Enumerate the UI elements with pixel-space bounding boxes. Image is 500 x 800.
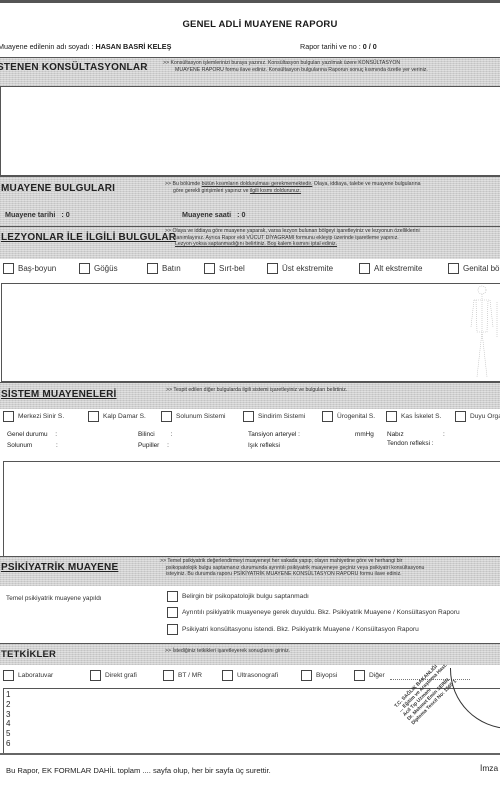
checkbox-icon [147,263,158,274]
tetkik-line-numbers: 1 2 3 4 5 6 [6,690,10,749]
checkbox-icon [90,670,101,681]
document-title: GENEL ADLİ MUAYENE RAPORU [0,19,500,30]
pupiller-label: Pupiller : [138,442,169,449]
exam-time-value: : 0 [237,210,245,219]
top-edge [0,0,500,3]
section-note-sistem: >> Tespit edilen diğer bulgularda ilgili… [166,387,347,394]
checkbox-icon [161,411,172,422]
checkbox-icon [3,670,14,681]
checkbox-merkezi-sinir[interactable]: Merkezi Sinir S. [3,411,64,422]
checkbox-bas-boyun[interactable]: Baş-boyun [3,263,56,274]
report-date-value: 0 / 0 [363,42,377,51]
tansiyon-label: Tansiyon arteryel : [248,431,300,438]
exam-date-field: Muayene tarihi : 0 [5,210,70,219]
checkbox-genital-bolge[interactable]: Genital bölge [448,263,500,274]
checkbox-sirt-bel[interactable]: Sırt-bel [204,263,245,274]
konsultasyon-textarea[interactable] [0,86,500,176]
checkbox-gogus[interactable]: Göğüs [79,263,118,274]
exam-date-value: : 0 [61,210,69,219]
checkbox-biyopsi[interactable]: Biyopsi [301,670,337,681]
checkbox-icon [448,263,459,274]
footer-text: Bu Rapor, EK FORMLAR DAHİL toplam .... s… [6,766,271,775]
patient-name-label: Muayene edilenin adı soyadı : [0,42,94,51]
psikiyatrik-area: Temel psikiyatrik muayene yapıldı Belirg… [0,586,500,643]
checkbox-diger[interactable]: Diğer [354,670,385,681]
section-band-sistem: SİSTEM MUAYENELERİ >> Tespit edilen diğe… [0,382,500,410]
nabiz-label: Nabız [387,431,404,438]
section-note-konsultasyon: >> Konsültasyon işlemlerinizi buraya yaz… [163,60,428,73]
exam-time-field: Muayene saati : 0 [182,210,246,219]
checkbox-psikopatoloji-yok[interactable]: Belirgin bir psikopatolojik bulgu saptan… [167,591,309,602]
checkbox-kas-iskelet[interactable]: Kas İskelet S. [386,411,441,422]
isik-refleksi-label: Işık refleksi [248,442,280,449]
bilinci-label: Bilinci : [138,431,172,438]
checkbox-icon [322,411,333,422]
section-title-konsultasyon: İSTENEN KONSÜLTASYONLAR [0,62,148,73]
checkbox-ultrasonografi[interactable]: Ultrasonografi [222,670,278,681]
temel-psikiyatrik-label: Temel psikiyatrik muayene yapıldı [6,595,102,602]
mmhg-unit: mmHg [355,431,374,438]
checkbox-icon [167,607,178,618]
checkbox-icon [88,411,99,422]
genel-durumu-label: Genel durumu : [7,431,57,438]
footer-rule [0,753,500,755]
checkbox-kalp-damar[interactable]: Kalp Damar S. [88,411,146,422]
section-note-tetkikler: >> İstediğiniz tetkikleri işaretleyerek … [165,648,290,655]
checkbox-ust-ekstremite[interactable]: Üst ekstremite [267,263,333,274]
checkbox-sindirim-sistemi[interactable]: Sindirim Sistemi [243,411,305,422]
checkbox-solunum-sistemi[interactable]: Solunum Sistemi [161,411,225,422]
section-note-psikiyatrik: >> Temel psikiyatrik değerlendirmeyi mua… [160,558,424,578]
nabiz-colon: : [443,431,445,438]
checkbox-icon [455,411,466,422]
section-note-lezyonlar: >> Olaya ve iddiaya göre muayene yaparak… [165,228,420,248]
section-note-muayene-bulgulari: >> Bu bölümde bütün kısımların doldurulm… [165,181,421,194]
checkbox-icon [3,411,14,422]
checkbox-icon [386,411,397,422]
checkbox-icon [359,263,370,274]
section-band-konsultasyon: İSTENEN KONSÜLTASYONLAR >> Konsültasyon … [0,57,500,87]
signature-label: İmza [480,763,498,773]
report-date-label: Rapor tarihi ve no : [300,42,361,51]
section-title-tetkikler: TETKİKLER [1,649,56,660]
checkbox-direkt-grafi[interactable]: Direkt grafi [90,670,137,681]
section-band-muayene-bulgulari: MUAYENE BULGULARI >> Bu bölümde bütün kı… [0,176,500,227]
tendon-refleksi-label: Tendon refleksi : [387,440,434,447]
checkbox-icon [163,670,174,681]
checkbox-icon [79,263,90,274]
checkbox-psikiyatri-konsultasyon[interactable]: Psikiyatri konsültasyonu istendi. Bkz. P… [167,624,419,635]
checkbox-laboratuvar[interactable]: Laboratuvar [3,670,53,681]
section-title-sistem: SİSTEM MUAYENELERİ [1,389,116,400]
section-title-lezyonlar: LEZYONLAR İLE İLGİLİ BULGULAR [1,232,176,243]
patient-name-row: Muayene edilenin adı soyadı : HASAN BASR… [0,42,171,51]
checkbox-icon [243,411,254,422]
checkbox-icon [167,591,178,602]
checkbox-icon [267,263,278,274]
patient-name-value: HASAN BASRİ KELEŞ [96,42,172,51]
section-title-psikiyatrik: PSİKİYATRİK MUAYENE [1,562,118,573]
sistem-textarea[interactable] [3,461,500,558]
body-diagram-icon [470,282,500,382]
checkbox-batin[interactable]: Batın [147,263,181,274]
section-band-tetkikler: TETKİKLER >> İstediğiniz tetkikleri işar… [0,643,500,666]
checkbox-alt-ekstremite[interactable]: Alt ekstremite [359,263,422,274]
checkbox-icon [167,624,178,635]
checkbox-icon [204,263,215,274]
section-band-psikiyatrik: PSİKİYATRİK MUAYENE >> Temel psikiyatrik… [0,556,500,587]
checkbox-icon [3,263,14,274]
report-date-row: Rapor tarihi ve no : 0 / 0 [300,42,377,51]
lezyon-textarea[interactable] [1,283,500,382]
checkbox-icon [301,670,312,681]
sistem-area: Merkezi Sinir S. Kalp Damar S. Solunum S… [0,409,500,459]
checkbox-bt-mr[interactable]: BT / MR [163,670,202,681]
checkbox-urogenital[interactable]: Ürogenital S. [322,411,375,422]
section-title-muayene-bulgulari: MUAYENE BULGULARI [1,183,115,194]
solunum-label: Solunum : [7,442,58,449]
checkbox-ayrintili-muayene[interactable]: Ayrıntılı psikiyatrik muayeneye gerek du… [167,607,460,618]
checkbox-icon [354,670,365,681]
checkbox-icon [222,670,233,681]
checkbox-duyu-organlari[interactable]: Duyu Organları [455,411,500,422]
lezyon-checkbox-row: Baş-boyun Göğüs Batın Sırt-bel Üst ekstr… [0,259,500,283]
